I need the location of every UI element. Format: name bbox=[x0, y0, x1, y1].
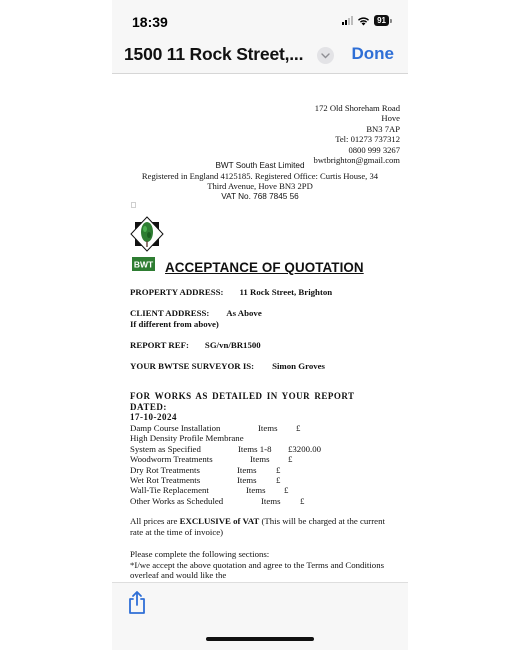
company-info: BWT South East Limited Registered in Eng… bbox=[112, 161, 408, 202]
client-address-value: As Above bbox=[226, 308, 261, 318]
status-time: 18:39 bbox=[132, 14, 168, 30]
instructions: Please complete the following sections: … bbox=[130, 549, 400, 581]
surveyor-field: YOUR BWTSE SURVEYOR IS:Simon Groves bbox=[130, 361, 325, 372]
top-bar: 18:39 91 1500 11 Rock Street,... Done bbox=[112, 0, 408, 74]
status-icons: 91 bbox=[342, 15, 392, 26]
works-item-name: Dry Rot Treatments bbox=[130, 465, 200, 475]
chevron-down-icon bbox=[321, 53, 330, 59]
report-ref-label: REPORT REF: bbox=[130, 340, 189, 350]
home-indicator[interactable] bbox=[206, 637, 314, 641]
works-item-items: Items bbox=[261, 496, 281, 506]
works-item-name: Damp Course Installation bbox=[130, 423, 220, 433]
address-line: Hove bbox=[314, 113, 400, 123]
tree-logo-icon bbox=[131, 217, 163, 251]
phone-screen: 18:39 91 1500 11 Rock Street,... Done 17… bbox=[112, 0, 408, 650]
company-registration: Registered in England 4125185. Registere… bbox=[112, 171, 408, 181]
works-item-name: Woodworm Treatments bbox=[130, 454, 213, 464]
works-item-name: High Density Profile Membrane bbox=[130, 433, 244, 443]
works-heading: FOR WORKS AS DETAILED IN YOUR REPORT DAT… bbox=[130, 391, 390, 423]
works-item-name: System as Specified bbox=[130, 444, 201, 454]
address-line: 172 Old Shoreham Road bbox=[314, 103, 400, 113]
instructions-line: Please complete the following sections: bbox=[130, 549, 400, 560]
works-item-items: Items bbox=[246, 485, 266, 495]
wifi-icon bbox=[357, 16, 370, 26]
company-registered-address: Third Avenue, Hove BN3 2PD bbox=[112, 181, 408, 191]
works-item-price: £ bbox=[276, 475, 280, 485]
works-item-items: Items bbox=[237, 475, 257, 485]
client-address-label: CLIENT ADDRESS: bbox=[130, 308, 209, 318]
page-title: ACCEPTANCE OF QUOTATION bbox=[165, 260, 364, 275]
company-name: BWT South East Limited bbox=[112, 161, 408, 171]
works-heading-text: FOR WORKS AS DETAILED IN YOUR REPORT DAT… bbox=[130, 391, 390, 412]
works-item-items: Items 1-8 bbox=[238, 444, 271, 454]
surveyor-value: Simon Groves bbox=[272, 361, 325, 371]
company-vat: VAT No. 768 7845 56 bbox=[112, 192, 408, 202]
bottom-toolbar bbox=[112, 582, 408, 650]
vat-note-bold: EXCLUSIVE of VAT bbox=[180, 516, 260, 526]
document-view[interactable]: 172 Old Shoreham Road Hove BN3 7AP Tel: … bbox=[112, 75, 408, 583]
signal-icon bbox=[342, 16, 353, 25]
vat-note-prefix: All prices are bbox=[130, 516, 180, 526]
report-ref-value: SG/vn/BR1500 bbox=[205, 340, 261, 350]
works-item-price: £ bbox=[288, 454, 292, 464]
works-item-price: £ bbox=[284, 485, 288, 495]
battery-icon: 91 bbox=[374, 15, 389, 26]
client-address-note: If different from above) bbox=[130, 319, 262, 330]
works-item-price: £ bbox=[296, 423, 300, 433]
works-item-items: Items bbox=[250, 454, 270, 464]
company-address-block: 172 Old Shoreham Road Hove BN3 7AP Tel: … bbox=[314, 103, 400, 165]
works-item-price: £3200.00 bbox=[288, 444, 321, 454]
property-address-field: PROPERTY ADDRESS:11 Rock Street, Brighto… bbox=[130, 287, 332, 298]
battery-nub bbox=[390, 19, 392, 23]
bwt-logo: BWT bbox=[130, 216, 166, 274]
works-item-price: £ bbox=[276, 465, 280, 475]
works-item-name: Other Works as Scheduled bbox=[130, 496, 223, 506]
vat-note: All prices are EXCLUSIVE of VAT (This wi… bbox=[130, 516, 400, 537]
property-address-label: PROPERTY ADDRESS: bbox=[130, 287, 223, 297]
instructions-line: *I/we accept the above quotation and agr… bbox=[130, 560, 400, 581]
phone-line: Tel: 01273 737312 bbox=[314, 134, 400, 144]
surveyor-label: YOUR BWTSE SURVEYOR IS: bbox=[130, 361, 254, 371]
phone-line: 0800 999 3267 bbox=[314, 145, 400, 155]
works-date: 17-10-2024 bbox=[130, 412, 390, 423]
works-item-name: Wall-Tie Replacement bbox=[130, 485, 209, 495]
image-placeholder-icon bbox=[131, 202, 136, 208]
report-ref-field: REPORT REF:SG/vn/BR1500 bbox=[130, 340, 261, 351]
svg-text:BWT: BWT bbox=[134, 260, 154, 270]
works-item-items: Items bbox=[237, 465, 257, 475]
document-title: 1500 11 Rock Street,... bbox=[124, 44, 324, 65]
property-address-value: 11 Rock Street, Brighton bbox=[239, 287, 332, 297]
client-address-field: CLIENT ADDRESS:As Above If different fro… bbox=[130, 308, 262, 329]
address-line: BN3 7AP bbox=[314, 124, 400, 134]
done-button[interactable]: Done bbox=[352, 44, 395, 64]
works-item-items: Items bbox=[258, 423, 278, 433]
document-menu-button[interactable] bbox=[317, 47, 334, 64]
share-icon[interactable] bbox=[126, 589, 148, 615]
works-item-name: Wet Rot Treatments bbox=[130, 475, 200, 485]
works-item-price: £ bbox=[300, 496, 304, 506]
